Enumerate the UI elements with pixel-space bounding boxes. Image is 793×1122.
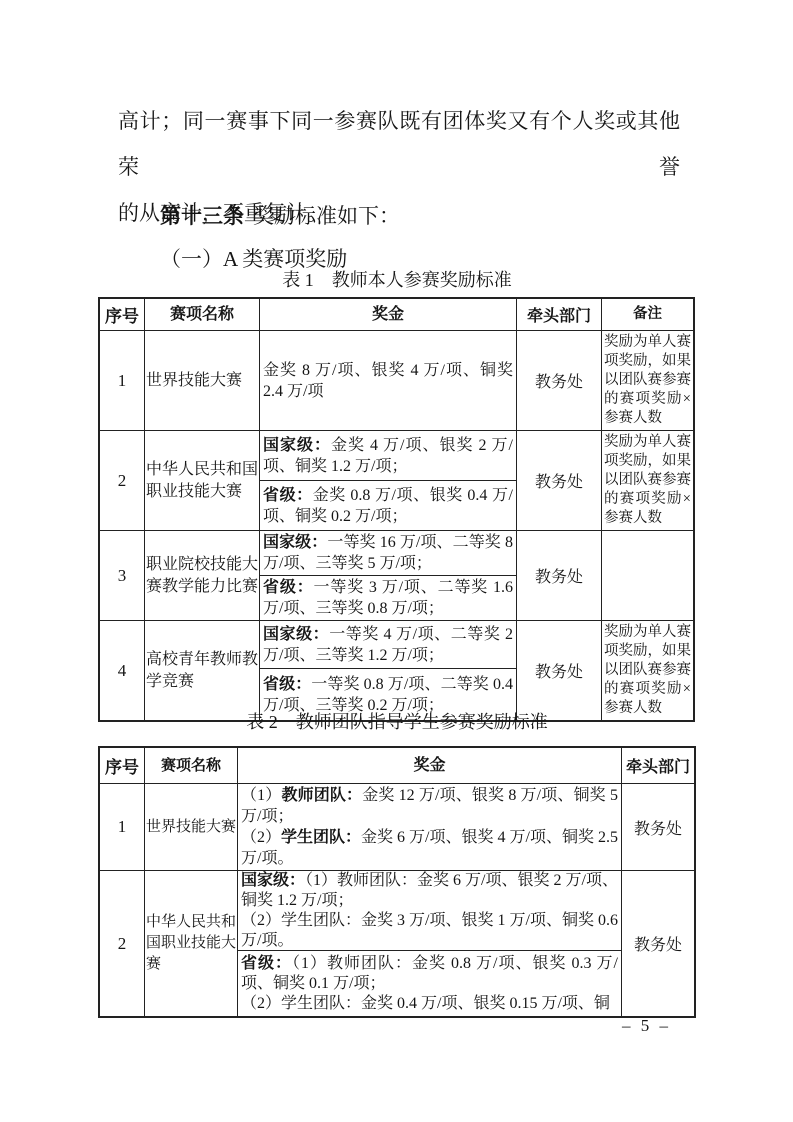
prize-line: 国家级：（1）教师团队：金奖 6 万/项、银奖 2 万/项、铜奖 1.2 万/项… bbox=[241, 871, 618, 911]
prize-line: （2）学生团队：金奖 6 万/项、银奖 4 万/项、铜奖 2.5 万/项。 bbox=[241, 827, 618, 869]
prize-text: （2）学生团队：金奖 0.4 万/项、银奖 0.15 万/项、铜 bbox=[241, 995, 610, 1012]
event-name-text: 世界技能大赛 bbox=[146, 817, 236, 838]
cell-remarks: 奖励为单人赛项奖励，如果以团队赛参赛的赛项奖励×参赛人数 bbox=[601, 431, 693, 530]
table1-row-3: 3 职业院校技能大赛教学能力比赛 国家级：一等奖 16 万/项、二等奖 8 万/… bbox=[100, 530, 693, 620]
remarks-text: 奖励为单人赛项奖励，如果以团队赛参赛的赛项奖励×参赛人数 bbox=[604, 334, 691, 426]
table1-row-2: 2 中华人民共和国职业技能大赛 国家级：金奖 4 万/项、银奖 2 万/项、铜奖… bbox=[100, 430, 693, 530]
prize-text: （2）学生团队：金奖 3 万/项、银奖 1 万/项、铜奖 0.6 万/项。 bbox=[241, 912, 618, 949]
event-name-text: 中华人民共和国职业技能大赛 bbox=[146, 912, 236, 975]
table1-col-header-lead-dept: 牵头部门 bbox=[516, 299, 601, 330]
cell-remarks: 奖励为单人赛项奖励，如果以团队赛参赛的赛项奖励×参赛人数 bbox=[601, 621, 693, 720]
prize-text: 金奖 8 万/项、银奖 4 万/项、铜奖 2.4 万/项 bbox=[263, 362, 513, 400]
cell-prize: 国家级：一等奖 4 万/项、二等奖 2 万/项、三等奖 1.2 万/项； 省级：… bbox=[259, 621, 516, 720]
document-page: 高计；同一赛事下同一参赛队既有团体奖又有个人奖或其他荣誉 的从高计，不重复计。 … bbox=[0, 0, 793, 1122]
prize-subcell-national: 国家级：（1）教师团队：金奖 6 万/项、银奖 2 万/项、铜奖 1.2 万/项… bbox=[238, 871, 621, 950]
prize-level-label: 国家级： bbox=[263, 437, 331, 454]
paragraph-line: 高计；同一赛事下同一参赛队既有团体奖又有个人奖或其他荣誉 bbox=[118, 98, 680, 190]
cell-event-name: 高校青年教师教学竞赛 bbox=[144, 621, 259, 720]
cell-index: 2 bbox=[100, 431, 144, 530]
cell-event-name: 职业院校技能大赛教学能力比赛 bbox=[144, 531, 259, 620]
table2-col-header-prize: 奖金 bbox=[237, 748, 621, 783]
cell-index: 4 bbox=[100, 621, 144, 720]
prize-line: 省级：一等奖 3 万/项、二等奖 1.6 万/项、三等奖 0.8 万/项； bbox=[263, 577, 513, 619]
table1-col-header-remarks: 备注 bbox=[601, 299, 693, 330]
cell-event-name: 中华人民共和国职业技能大赛 bbox=[144, 871, 237, 1016]
table1-col-header-index: 序号 bbox=[100, 299, 144, 330]
prize-line: （2）学生团队：金奖 3 万/项、银奖 1 万/项、铜奖 0.6 万/项。 bbox=[241, 911, 618, 951]
prize-text: （1）教师团队：金奖 0.8 万/项、银奖 0.3 万/项、铜奖 0.1 万/项… bbox=[241, 955, 618, 992]
prize-level-label: 国家级： bbox=[263, 626, 329, 643]
table2-row-1: 1 世界技能大赛 （1）教师团队：金奖 12 万/项、银奖 8 万/项、铜奖 5… bbox=[100, 783, 694, 870]
table1-row-1: 1 世界技能大赛 金奖 8 万/项、银奖 4 万/项、铜奖 2.4 万/项 教务… bbox=[100, 330, 693, 430]
prize-subcell: （1）教师团队：金奖 12 万/项、银奖 8 万/项、铜奖 5 万/项； （2）… bbox=[238, 784, 621, 870]
prize-line: （1）教师团队：金奖 12 万/项、银奖 8 万/项、铜奖 5 万/项； bbox=[241, 785, 618, 827]
article-13-line: 第十三条奖励标准如下： bbox=[160, 193, 400, 240]
cell-remarks: 奖励为单人赛项奖励，如果以团队赛参赛的赛项奖励×参赛人数 bbox=[601, 331, 693, 430]
table2-row-2: 2 中华人民共和国职业技能大赛 国家级：（1）教师团队：金奖 6 万/项、银奖 … bbox=[100, 870, 694, 1016]
prize-line: 国家级：一等奖 16 万/项、二等奖 8 万/项、三等奖 5 万/项； bbox=[263, 532, 513, 574]
cell-lead-dept: 教务处 bbox=[621, 871, 694, 1016]
prize-level-label: 省级： bbox=[241, 955, 292, 972]
article-number: 第十三条 bbox=[160, 205, 244, 228]
event-name-text: 高校青年教师教学竞赛 bbox=[146, 649, 258, 693]
prize-item-number: （2） bbox=[241, 829, 281, 846]
prize-line: 国家级：金奖 4 万/项、银奖 2 万/项、铜奖 1.2 万/项； bbox=[263, 435, 513, 477]
prize-line: 省级：（1）教师团队：金奖 0.8 万/项、银奖 0.3 万/项、铜奖 0.1 … bbox=[241, 954, 618, 994]
prize-line: 国家级：一等奖 4 万/项、二等奖 2 万/项、三等奖 1.2 万/项； bbox=[263, 624, 513, 666]
cell-index: 1 bbox=[100, 784, 144, 870]
table2-caption: 表 2 教师团队指导学生参赛奖励标准 bbox=[98, 710, 696, 734]
table1-row-4: 4 高校青年教师教学竞赛 国家级：一等奖 4 万/项、二等奖 2 万/项、三等奖… bbox=[100, 620, 693, 720]
cell-lead-dept: 教务处 bbox=[621, 784, 694, 870]
prize-line: （2）学生团队：金奖 0.4 万/项、银奖 0.15 万/项、铜 bbox=[241, 994, 618, 1014]
prize-subcell-provincial: 省级：金奖 0.8 万/项、银奖 0.4 万/项、铜奖 0.2 万/项； bbox=[260, 480, 516, 530]
table2-col-header-lead-dept: 牵头部门 bbox=[621, 748, 694, 783]
table2-col-header-event: 赛项名称 bbox=[144, 748, 237, 783]
remarks-text: 奖励为单人赛项奖励，如果以团队赛参赛的赛项奖励×参赛人数 bbox=[604, 434, 691, 526]
cell-index: 2 bbox=[100, 871, 144, 1016]
prize-subcell-provincial: 省级：一等奖 3 万/项、二等奖 1.6 万/项、三等奖 0.8 万/项； bbox=[260, 575, 516, 620]
event-name-text: 世界技能大赛 bbox=[146, 370, 242, 392]
cell-event-name: 中华人民共和国职业技能大赛 bbox=[144, 431, 259, 530]
event-name-text: 职业院校技能大赛教学能力比赛 bbox=[146, 554, 258, 598]
cell-index: 1 bbox=[100, 331, 144, 430]
prize-level-label: 省级： bbox=[263, 579, 314, 596]
table1-caption: 表 1 教师本人参赛奖励标准 bbox=[98, 268, 696, 292]
prize-subcell: 金奖 8 万/项、银奖 4 万/项、铜奖 2.4 万/项 bbox=[260, 331, 516, 430]
cell-prize: 国家级：金奖 4 万/项、银奖 2 万/项、铜奖 1.2 万/项； 省级：金奖 … bbox=[259, 431, 516, 530]
article-text: 奖励标准如下： bbox=[253, 204, 400, 228]
cell-prize: 金奖 8 万/项、银奖 4 万/项、铜奖 2.4 万/项 bbox=[259, 331, 516, 430]
cell-lead-dept: 教务处 bbox=[516, 431, 601, 530]
table1-header-row: 序号 赛项名称 奖金 牵头部门 备注 bbox=[100, 299, 693, 330]
cell-lead-dept: 教务处 bbox=[516, 531, 601, 620]
remarks-text: 奖励为单人赛项奖励，如果以团队赛参赛的赛项奖励×参赛人数 bbox=[604, 624, 691, 716]
cell-index: 3 bbox=[100, 531, 144, 620]
cell-remarks bbox=[601, 531, 693, 620]
prize-line: 金奖 8 万/项、银奖 4 万/项、铜奖 2.4 万/项 bbox=[263, 360, 513, 402]
page-number: – 5 – bbox=[622, 1016, 671, 1036]
table2-col-header-index: 序号 bbox=[100, 748, 144, 783]
cell-prize: 国家级：（1）教师团队：金奖 6 万/项、银奖 2 万/项、铜奖 1.2 万/项… bbox=[237, 871, 621, 1016]
cell-event-name: 世界技能大赛 bbox=[144, 331, 259, 430]
prize-team-label: 教师团队： bbox=[281, 787, 362, 804]
cell-prize: 国家级：一等奖 16 万/项、二等奖 8 万/项、三等奖 5 万/项； 省级：一… bbox=[259, 531, 516, 620]
cell-prize: （1）教师团队：金奖 12 万/项、银奖 8 万/项、铜奖 5 万/项； （2）… bbox=[237, 784, 621, 870]
prize-level-label: 省级： bbox=[263, 676, 311, 693]
prize-item-number: （1） bbox=[241, 787, 281, 804]
prize-level-label: 国家级： bbox=[241, 872, 305, 889]
prize-level-label: 国家级： bbox=[263, 534, 327, 551]
prize-level-label: 省级： bbox=[263, 487, 313, 504]
table2-teacher-team-awards: 序号 赛项名称 奖金 牵头部门 1 世界技能大赛 （1）教师团队：金奖 12 万… bbox=[98, 746, 696, 1018]
prize-team-label: 学生团队： bbox=[281, 829, 361, 846]
cell-event-name: 世界技能大赛 bbox=[144, 784, 237, 870]
table2-header-row: 序号 赛项名称 奖金 牵头部门 bbox=[100, 748, 694, 783]
table1-teacher-individual-awards: 序号 赛项名称 奖金 牵头部门 备注 1 世界技能大赛 金奖 8 万/项、银奖 … bbox=[98, 297, 695, 722]
prize-subcell-provincial: 省级：（1）教师团队：金奖 0.8 万/项、银奖 0.3 万/项、铜奖 0.1 … bbox=[238, 950, 621, 1016]
prize-subcell-national: 国家级：一等奖 4 万/项、二等奖 2 万/项、三等奖 1.2 万/项； bbox=[260, 621, 516, 668]
prize-line: 省级：金奖 0.8 万/项、银奖 0.4 万/项、铜奖 0.2 万/项； bbox=[263, 485, 513, 527]
table1-col-header-event: 赛项名称 bbox=[144, 299, 259, 330]
table1-col-header-prize: 奖金 bbox=[259, 299, 516, 330]
event-name-text: 中华人民共和国职业技能大赛 bbox=[146, 459, 258, 503]
cell-lead-dept: 教务处 bbox=[516, 621, 601, 720]
cell-lead-dept: 教务处 bbox=[516, 331, 601, 430]
prize-subcell-national: 国家级：一等奖 16 万/项、二等奖 8 万/项、三等奖 5 万/项； bbox=[260, 531, 516, 575]
prize-subcell-national: 国家级：金奖 4 万/项、银奖 2 万/项、铜奖 1.2 万/项； bbox=[260, 431, 516, 480]
